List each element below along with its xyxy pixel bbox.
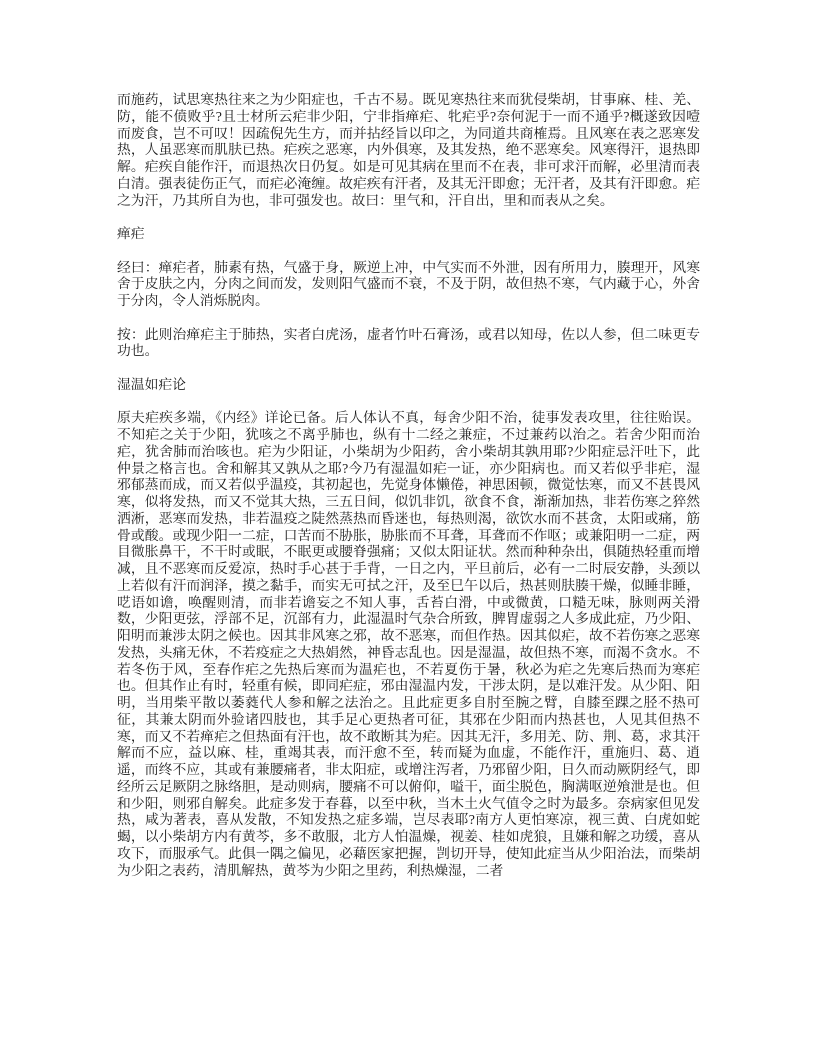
paragraph-classic-quote: 经曰：瘅疟者，肺素有热，气盛于身，厥逆上冲，中气实而不外泄，因有所用力，腠理开，… <box>117 260 700 310</box>
paragraph-commentary: 按：此则治瘅疟主于肺热，实者白虎汤，虚者竹叶石膏汤，或君以知母，佐以人参，但二味… <box>117 327 700 361</box>
document-text-block: 而施药，试思寒热往来之为少阳症也，千古不易。既见寒热往来而犹侵柴胡，甘事麻、桂、… <box>117 92 700 879</box>
paragraph-treatise-body: 原夫疟疾多端，《内经》详论已备。后人体认不真，每舍少阳不治，徒事发表攻里，往往贻… <box>117 410 700 879</box>
section-heading-danmalaria: 瘅疟 <box>117 226 700 243</box>
document-page: 而施药，试思寒热往来之为少阳症也，千古不易。既见寒热往来而犹侵柴胡，甘事麻、桂、… <box>0 0 816 1056</box>
section-heading-damp-warm-malaria-treatise: 湿温如疟论 <box>117 377 700 394</box>
paragraph-continuation: 而施药，试思寒热往来之为少阳症也，千古不易。既见寒热往来而犹侵柴胡，甘事麻、桂、… <box>117 92 700 209</box>
